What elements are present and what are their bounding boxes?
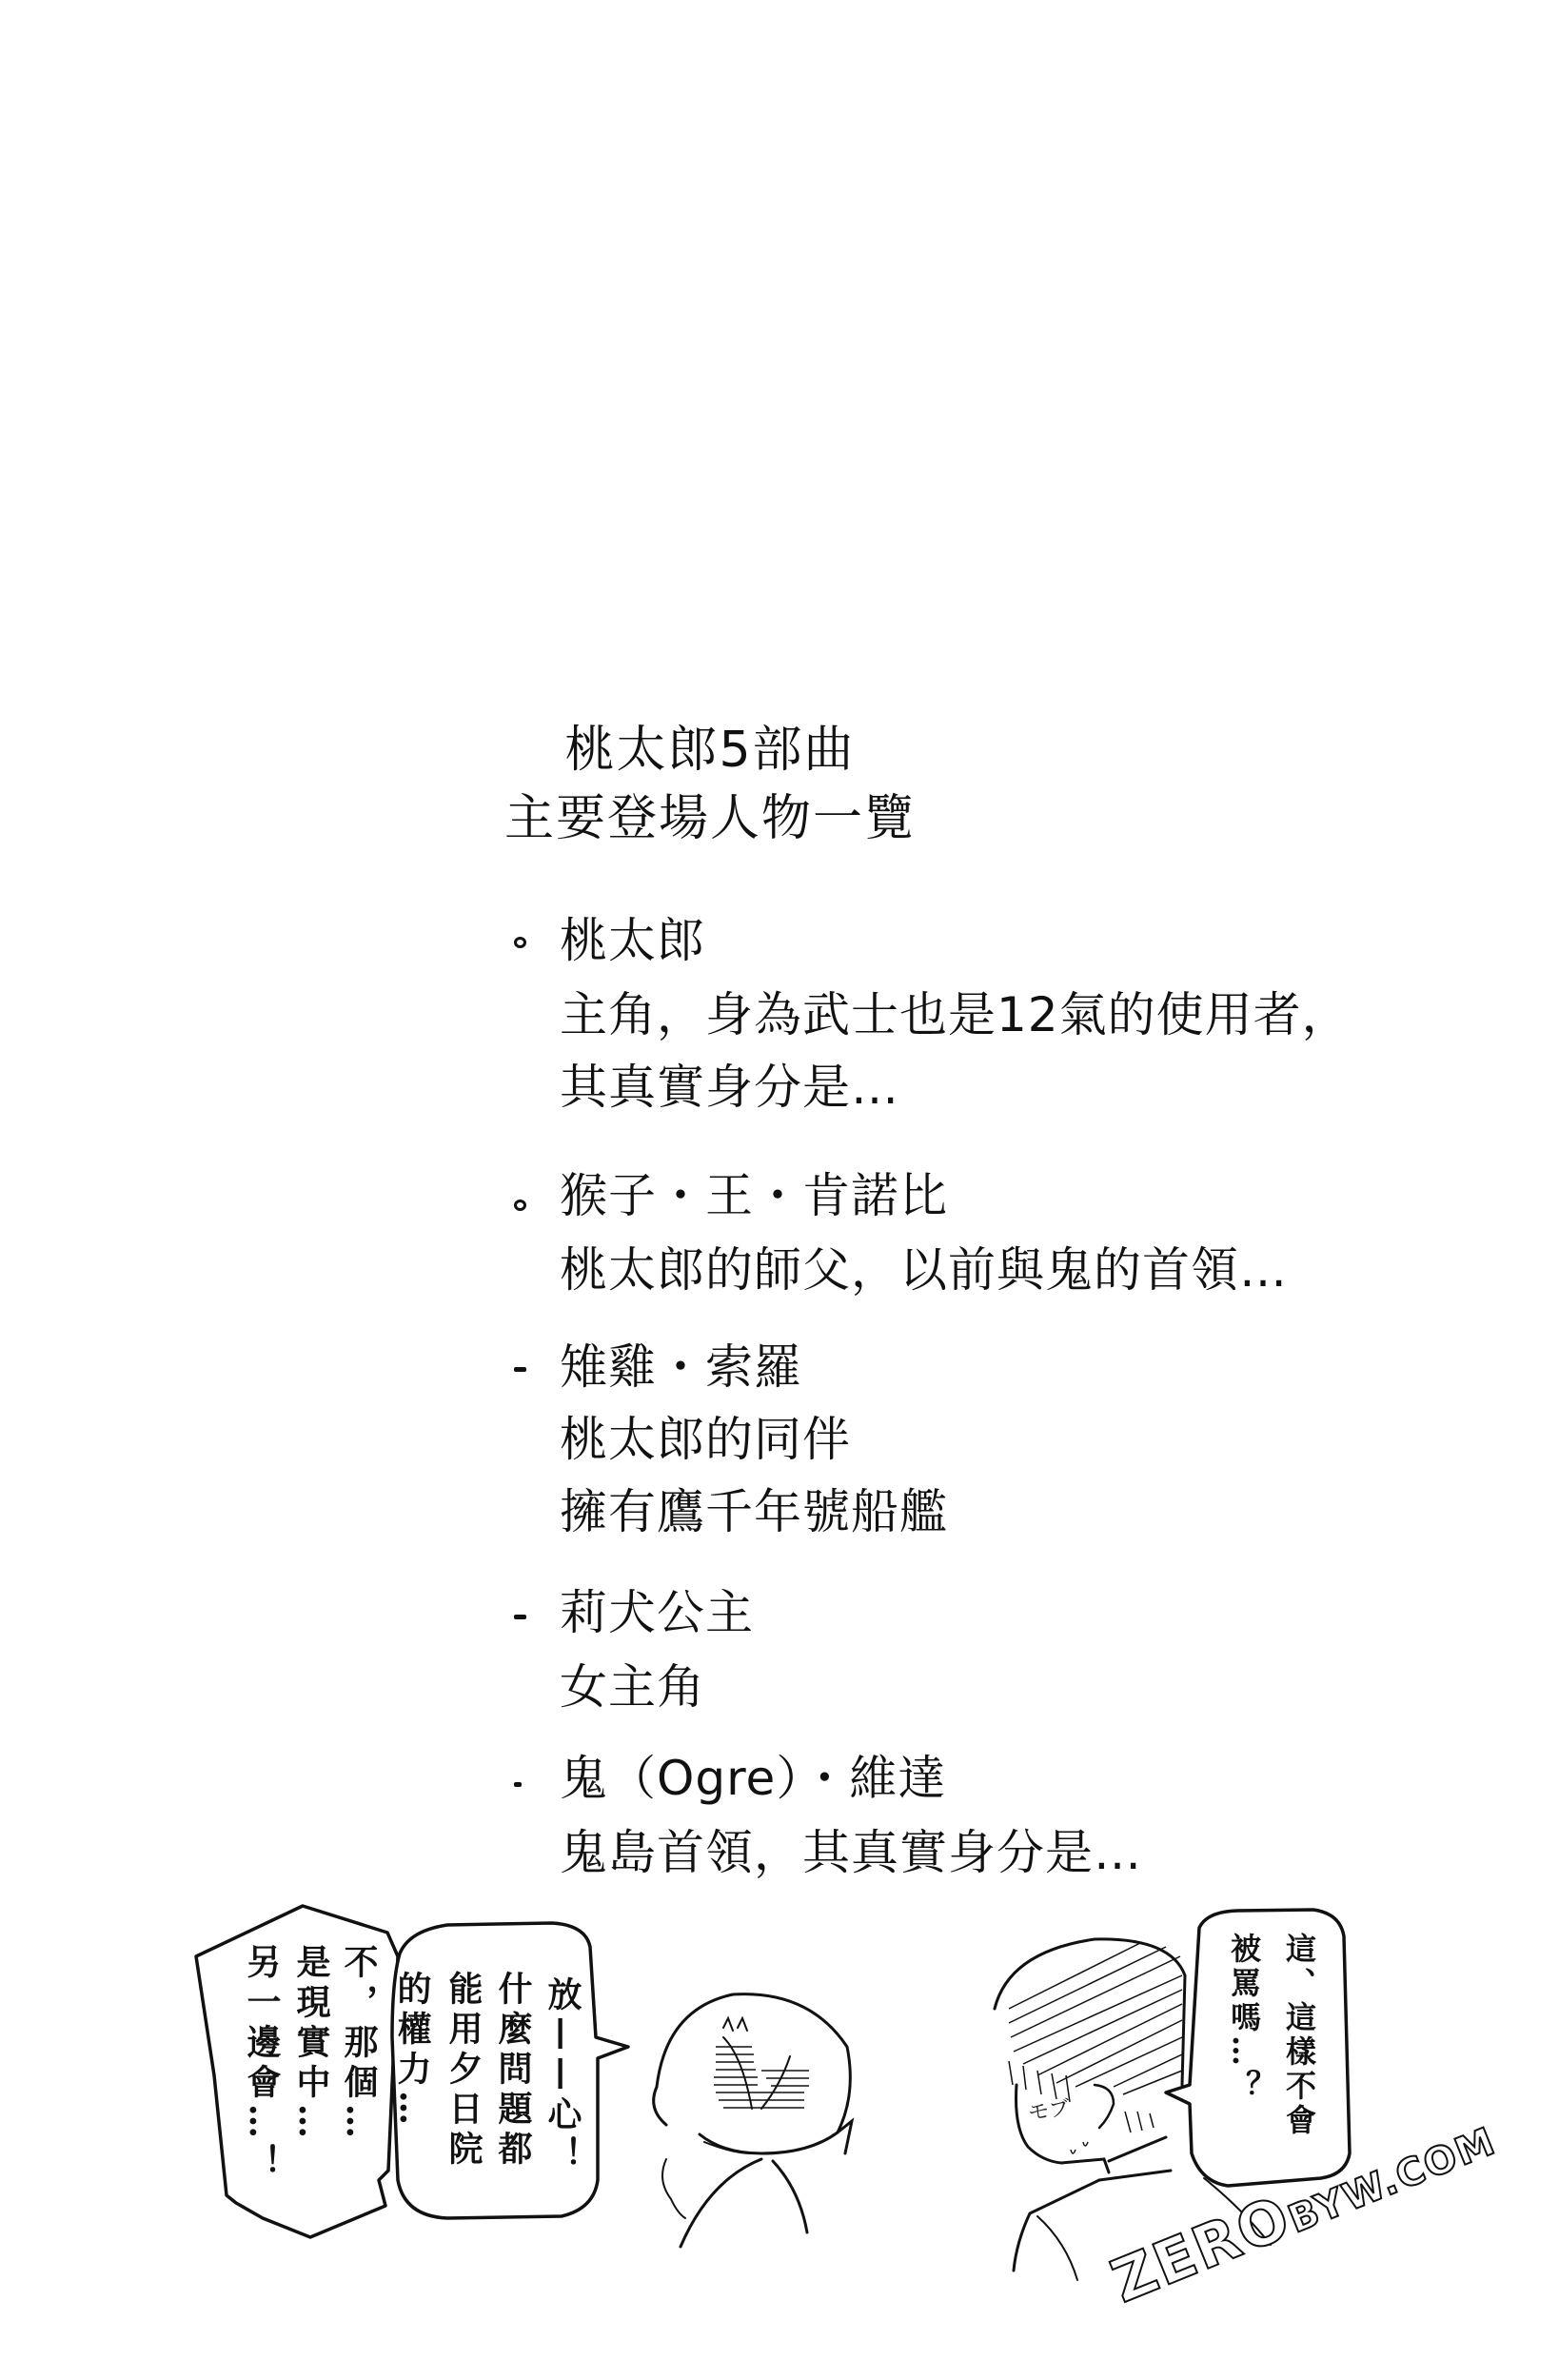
girl-hair-shading bbox=[714, 2047, 809, 2108]
bubble-text-column: 的權力… bbox=[388, 1971, 436, 2131]
manga-page: 桃太郎5部曲 主要登場人物一覽 桃太郎 主角，身為武士也是12氣的使用者， 其真… bbox=[0, 0, 1559, 2380]
bubble-text-column: 這、這樣不會 bbox=[1275, 1933, 1323, 2138]
bubble-text-column: 放——心！ bbox=[539, 1976, 586, 2176]
sweat-drop-icons bbox=[1071, 2142, 1088, 2153]
illustration-layer bbox=[0, 0, 1559, 2380]
bubble-text-column: 被罵嗎…？ bbox=[1220, 1933, 1268, 2104]
bubble-text-column: 什麼問題都 bbox=[489, 1971, 537, 2171]
bubble-text-column: 另一邊會…！ bbox=[238, 1944, 286, 2184]
girl-character-drawing bbox=[654, 1994, 852, 2247]
sound-effect-text: モブ bbox=[1026, 2092, 1072, 2127]
bubble-text-column: 不，那個… bbox=[335, 1944, 383, 2144]
bubble-text-column: 是現實中… bbox=[287, 1944, 335, 2144]
bubble-text-column: 能用夕日院 bbox=[440, 1971, 487, 2171]
